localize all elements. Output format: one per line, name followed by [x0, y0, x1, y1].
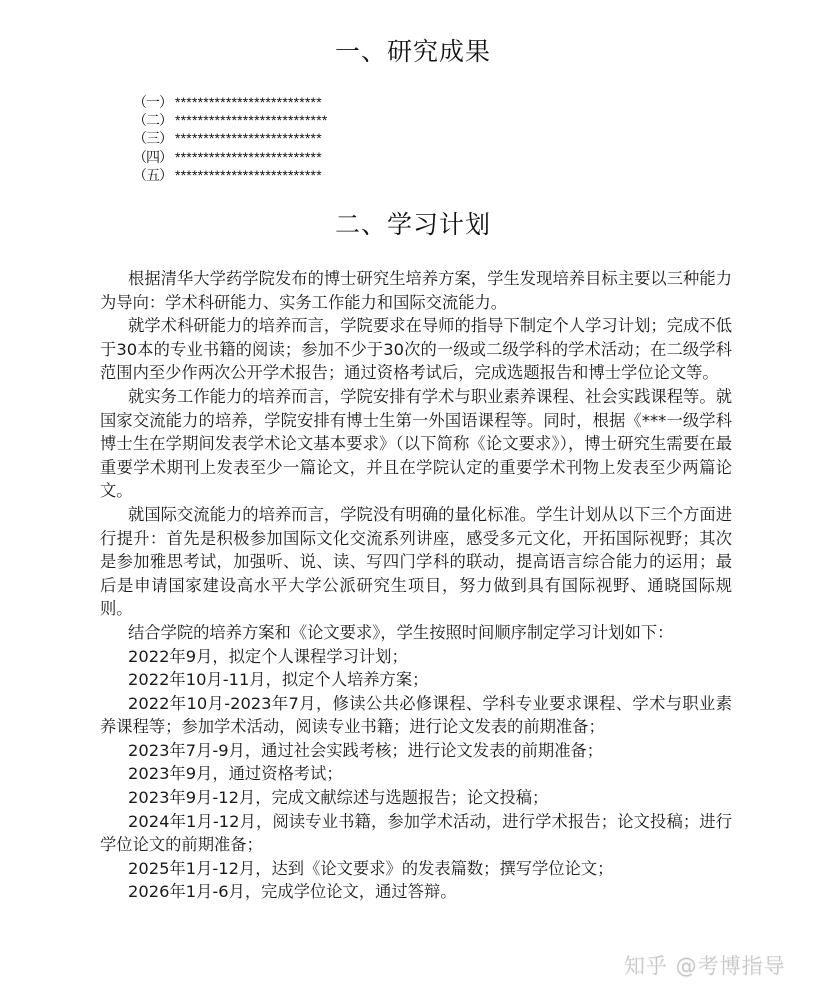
- paragraph-intro: 根据清华大学药学院发布的博士研究生培养方案，学生发现培养目标主要以三种能力为导向…: [100, 267, 732, 314]
- plan-item: 2022年9月，拟定个人课程学习计划；: [100, 645, 732, 669]
- paragraph-practical: 就实务工作能力的培养而言，学院安排有学术与职业素养课程、社会实践课程等。就国家交…: [100, 385, 732, 503]
- plan-item: 2023年9月-12月，完成文献综述与选题报告；论文投稿；: [100, 786, 732, 810]
- list-item: （四）**************************: [133, 149, 328, 167]
- list-item-text: ***************************: [175, 112, 328, 128]
- paragraph-international: 就国际交流能力的培养而言，学院没有明确的量化标准。学生计划从以下三个方面进行提升…: [100, 503, 732, 621]
- list-item-number: （四）: [133, 150, 175, 167]
- plan-item: 2022年10月-11月，拟定个人培养方案；: [100, 668, 732, 692]
- plan-item: 2023年9月，通过资格考试；: [100, 762, 732, 786]
- list-item-number: （一）: [133, 95, 175, 112]
- research-results-list: （一）************************** （二）*******…: [133, 94, 328, 185]
- plan-item: 2024年1月-12月，阅读专业书籍，参加学术活动，进行学术报告；论文投稿；进行…: [100, 810, 732, 857]
- study-plan-body: 根据清华大学药学院发布的博士研究生培养方案，学生发现培养目标主要以三种能力为导向…: [100, 267, 732, 904]
- paragraph-plan-intro: 结合学院的培养方案和《论文要求》，学生按照时间顺序制定学习计划如下：: [100, 621, 732, 645]
- list-item-text: **************************: [175, 130, 322, 146]
- section-title-research-results: 一、研究成果: [0, 32, 826, 68]
- list-item: （五）**************************: [133, 167, 328, 185]
- list-item-text: **************************: [175, 94, 322, 110]
- zhihu-watermark: 知乎 @考博指导: [624, 950, 786, 980]
- list-item: （三）**************************: [133, 130, 328, 148]
- list-item-text: **************************: [175, 167, 322, 183]
- plan-item: 2022年10月-2023年7月，修读公共必修课程、学科专业要求课程、学术与职业…: [100, 692, 732, 739]
- plan-item: 2023年7月-9月，通过社会实践考核；进行论文发表的前期准备；: [100, 739, 732, 763]
- section-title-study-plan: 二、学习计划: [0, 205, 826, 241]
- list-item-number: （五）: [133, 168, 175, 185]
- list-item-number: （二）: [133, 113, 175, 130]
- plan-item: 2025年1月-12月，达到《论文要求》的发表篇数；撰写学位论文；: [100, 857, 732, 881]
- list-item-number: （三）: [133, 131, 175, 148]
- plan-item: 2026年1月-6月，完成学位论文，通过答辩。: [100, 880, 732, 904]
- list-item: （一）**************************: [133, 94, 328, 112]
- list-item-text: **************************: [175, 149, 322, 165]
- paragraph-academic: 就学术科研能力的培养而言，学院要求在导师的指导下制定个人学习计划；完成不低于30…: [100, 314, 732, 385]
- list-item: （二）***************************: [133, 112, 328, 130]
